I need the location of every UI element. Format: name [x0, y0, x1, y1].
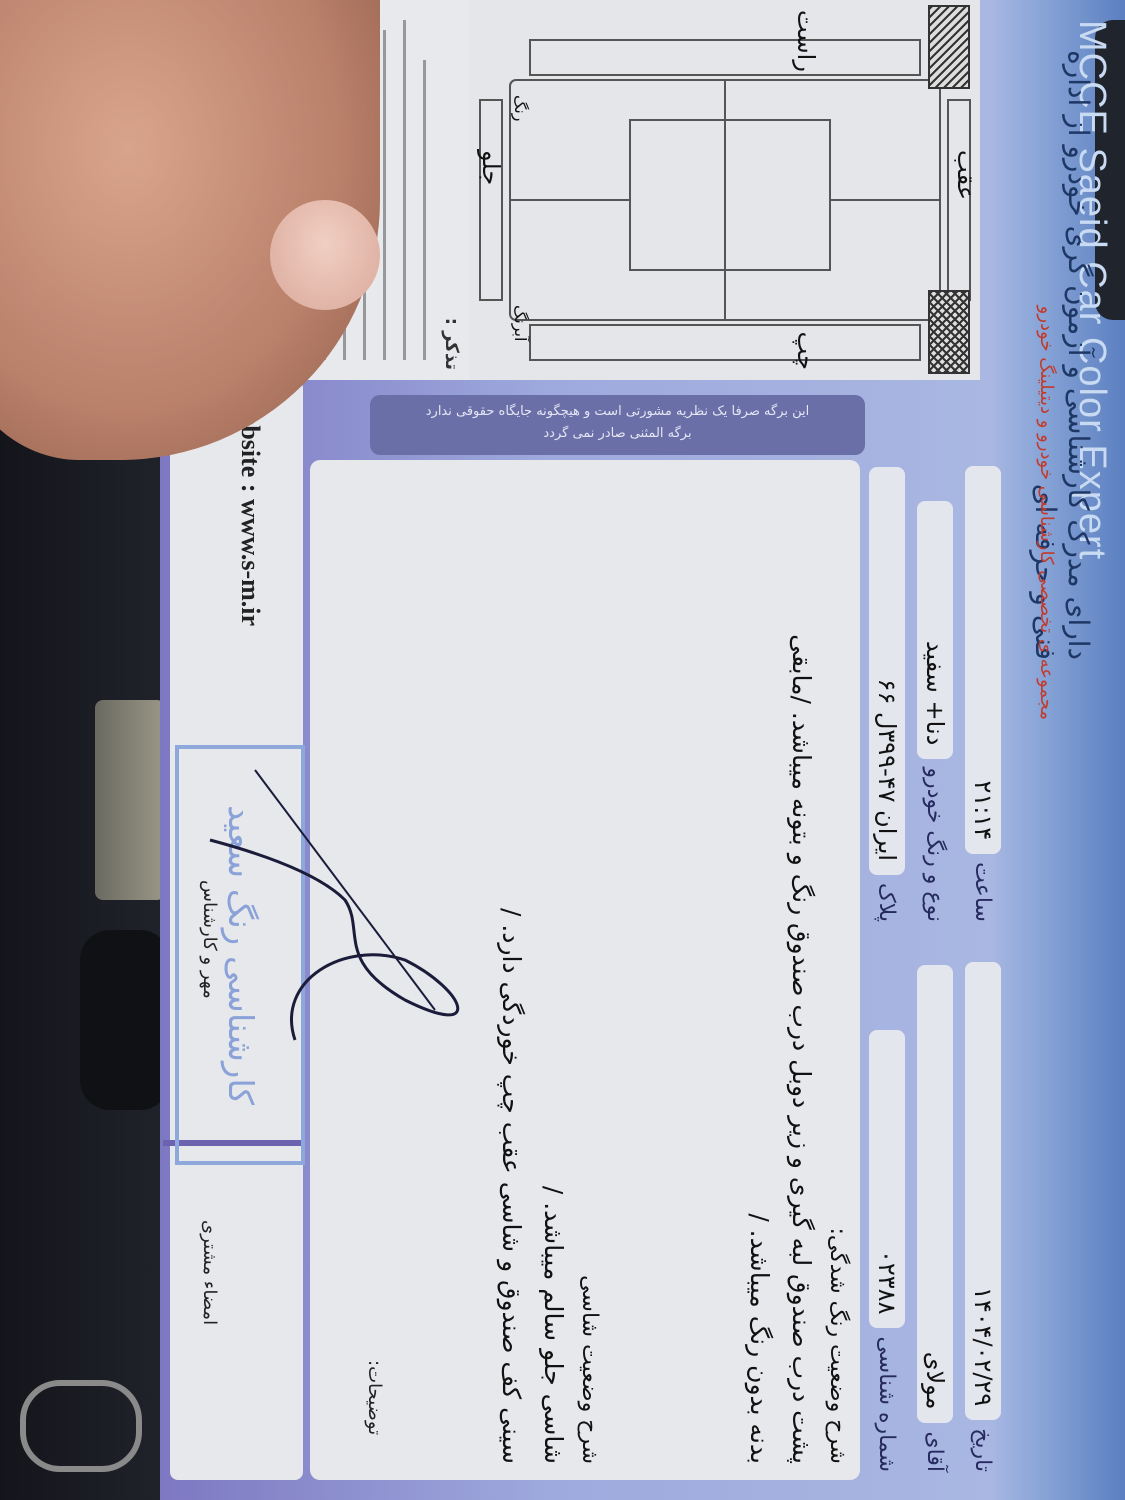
- disclaimer-line-2: برگه المثنی صادر نمی گردد: [370, 423, 865, 445]
- vehicle-label: نوع و رنگ خودرو: [923, 759, 948, 930]
- time-label: ساعت: [971, 854, 996, 930]
- condition-description: شرح وضعیت رنگ شدگی: پشت درب صندوق لبه گی…: [310, 460, 860, 1480]
- time-row: ساعت ۲۱:۱۴: [961, 460, 1005, 930]
- plate-label: پلاک: [875, 875, 900, 930]
- paint-line-2: بدنه بدون رنگ میباشد. /: [745, 1213, 774, 1464]
- customer-signature-label: امضاء مشتری: [199, 1220, 220, 1325]
- rear-label: عقب: [952, 150, 980, 200]
- id-field[interactable]: ۰۲۳۸۸: [869, 1030, 905, 1328]
- plate-field[interactable]: ایران ۴۷-۳۹۹ل ۶۶: [869, 467, 905, 875]
- front-label: جلو: [477, 150, 505, 185]
- header-subtagline: مجموعه ی تخصصی کارشناسی خودرو و دیتیلینگ…: [1036, 306, 1057, 720]
- customer-row: آقای مولای: [913, 950, 957, 1480]
- chassis-line-2: سینی کف صندوق و شاسی عقب چپ خوردگی دارد.…: [497, 908, 526, 1464]
- notes-title: تذکر :: [441, 318, 462, 370]
- vehicle-row: نوع و رنگ خودرو دنا+ سفید: [913, 460, 957, 930]
- explanations-label: توضیحات:: [364, 1360, 385, 1435]
- car-diagram: چپ راست جلو عقب: [470, 0, 980, 380]
- id-row: شماره شناسی ۰۲۳۸۸: [865, 950, 909, 1480]
- thumbnail: [270, 200, 380, 310]
- expert-stamp: کارشناسی رنگ سعید: [175, 745, 305, 1165]
- chassis-line-1: شاسی جلو سالم میباشد. /: [539, 1186, 568, 1464]
- date-row: تاریخ ۱۴۰۴/۰۲/۲۹: [961, 950, 1005, 1480]
- left-side-label: چپ: [792, 332, 820, 370]
- legend-watercolor-label: آبرنگ: [511, 305, 530, 342]
- chassis-heading: شرح وضعیت شاسی: [577, 1275, 602, 1464]
- id-label: شماره شناسی: [875, 1328, 900, 1480]
- key-ring: [20, 1380, 142, 1472]
- key-fob: [80, 930, 170, 1110]
- disclaimer-line-1: این برگه صرفا یک نظریه مشورتی است و هیچگ…: [370, 401, 865, 423]
- header-band: MCCE Saeid Car Color Expert دارای مدرک ک…: [1035, 0, 1125, 1500]
- stamp-text: کارشناسی رنگ سعید: [220, 805, 260, 1105]
- date-field[interactable]: ۱۴۰۴/۰۲/۲۹: [965, 962, 1001, 1420]
- right-side-label: راست: [792, 10, 820, 72]
- date-label: تاریخ: [971, 1420, 996, 1480]
- plate-row: پلاک ایران ۴۷-۳۹۹ل ۶۶: [865, 460, 909, 930]
- legend-paint-swatch: [928, 5, 970, 89]
- customer-field[interactable]: مولای: [917, 965, 953, 1423]
- legend-watercolor-swatch: [928, 290, 970, 374]
- vehicle-field[interactable]: دنا+ سفید: [917, 501, 953, 759]
- customer-label: آقای: [923, 1423, 948, 1480]
- seal-label: مهر و کارشناس: [199, 880, 220, 999]
- disclaimer-banner: این برگه صرفا یک نظریه مشورتی است و هیچگ…: [370, 395, 865, 455]
- legend-paint-label: رنگ: [511, 95, 530, 122]
- paint-line-1: پشت درب صندوق لبه گیری و زیر دوبل درب صن…: [787, 634, 816, 1464]
- paint-heading: شرح وضعیت رنگ شدگی:: [825, 1227, 850, 1464]
- car-outline-icon: [470, 0, 980, 380]
- car-key: [95, 700, 165, 900]
- time-field[interactable]: ۲۱:۱۴: [965, 466, 1001, 854]
